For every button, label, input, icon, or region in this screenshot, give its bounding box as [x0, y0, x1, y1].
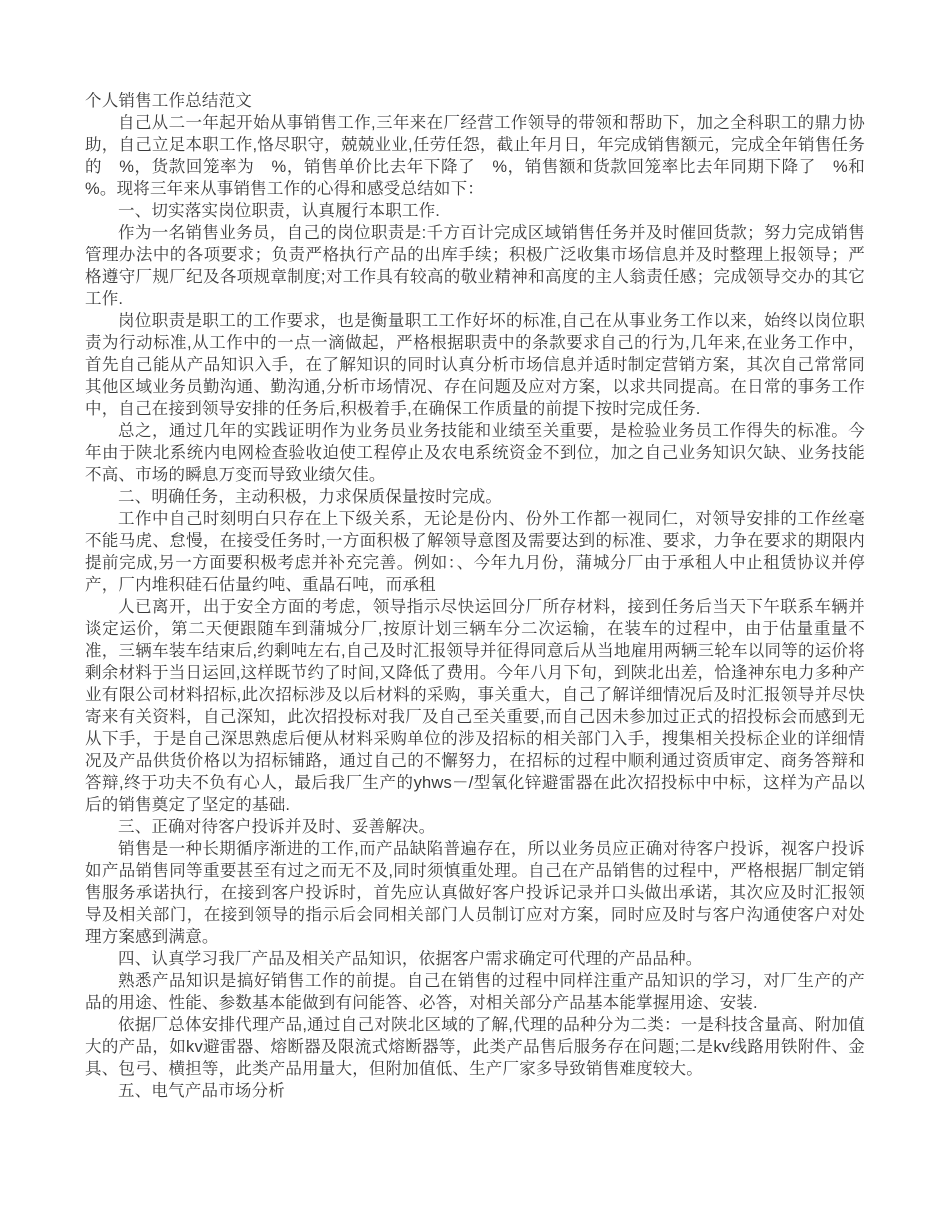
paragraph: 熟悉产品知识是搞好销售工作的前提。自己在销售的过程中同样注重产品知识的学习，对厂…: [85, 970, 865, 1014]
paragraph: 作为一名销售业务员，自己的岗位职责是:千方百计完成区域销售任务并及时催回货款；努…: [85, 222, 865, 310]
paragraph: 岗位职责是职工的工作要求，也是衡量职工工作好坏的标准,自己在从事业务工作以来，始…: [85, 310, 865, 420]
document-page: 个人销售工作总结范文 自己从二一年起开始从事销售工作,三年来在厂经营工作领导的带…: [0, 0, 950, 1230]
paragraph: 依据厂总体安排代理产品,通过自己对陕北区域的了解,代理的品种分为二类：一是科技含…: [85, 1014, 865, 1080]
paragraph: 工作中自己时刻明白只存在上下级关系，无论是份内、份外工作都一视同仁，对领导安排的…: [85, 508, 865, 596]
paragraph: 二、明确任务，主动积极，力求保质保量按时完成。: [85, 486, 865, 508]
paragraph: 销售是一种长期循序渐进的工作,而产品缺陷普遍存在，所以业务员应正确对待客户投诉，…: [85, 838, 865, 948]
paragraph: 五、电气产品市场分析: [85, 1080, 865, 1102]
paragraph: 总之，通过几年的实践证明作为业务员业务技能和业绩至关重要，是检验业务员工作得失的…: [85, 420, 865, 486]
paragraph: 三、正确对待客户投诉并及时、妥善解决。: [85, 816, 865, 838]
paragraph: 四、认真学习我厂产品及相关产品知识，依据客户需求确定可代理的产品品种。: [85, 948, 865, 970]
paragraph: 自己从二一年起开始从事销售工作,三年来在厂经营工作领导的带领和帮助下，加之全科职…: [85, 112, 865, 200]
document-body: 自己从二一年起开始从事销售工作,三年来在厂经营工作领导的带领和帮助下，加之全科职…: [85, 112, 865, 1102]
paragraph: 一、切实落实岗位职责，认真履行本职工作.: [85, 200, 865, 222]
document-title: 个人销售工作总结范文: [85, 90, 865, 112]
paragraph: 人已离开，出于安全方面的考虑，领导指示尽快运回分厂所存材料，接到任务后当天下午联…: [85, 596, 865, 816]
